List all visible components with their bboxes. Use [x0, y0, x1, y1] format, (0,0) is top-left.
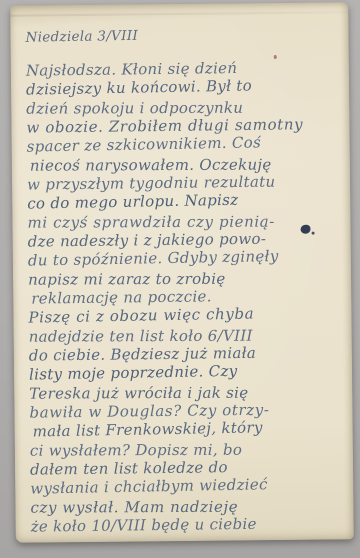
paper-crease	[10, 11, 348, 17]
letter-line: że koło 10/VIII będę u ciebie	[31, 514, 350, 537]
letter-body: Niedziela 3/VIII Najsłodsza. Kłoni się d…	[25, 24, 349, 536]
photo-background: { "letter": { "date": "Niedziela 3/VIII"…	[0, 0, 360, 558]
ink-blot-small	[312, 232, 315, 235]
letter-date: Niedziela 3/VIII	[25, 23, 344, 48]
ink-blot	[301, 225, 311, 234]
paper-speck	[274, 55, 277, 59]
letter-paper: Niedziela 3/VIII Najsłodsza. Kłoni się d…	[10, 2, 354, 543]
